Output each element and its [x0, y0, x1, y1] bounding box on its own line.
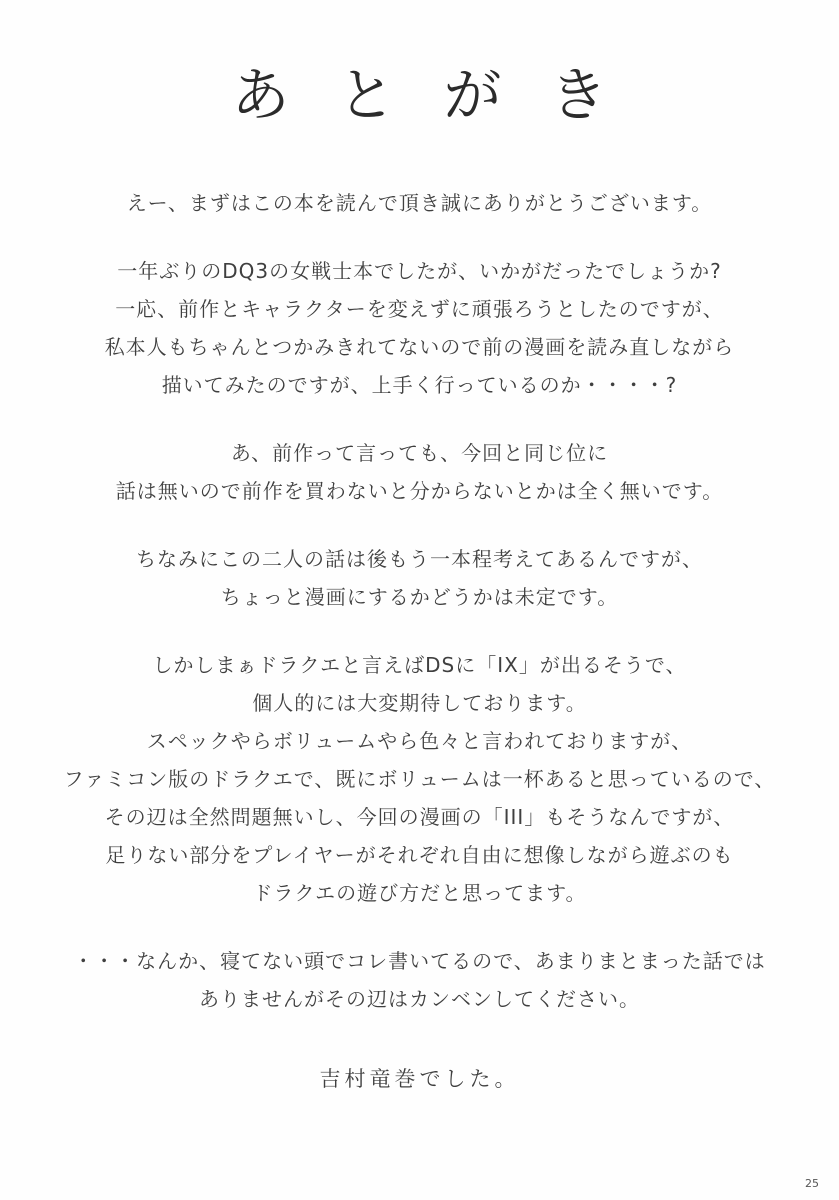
- text-line: ドラクエの遊び方だと思ってます。: [0, 874, 839, 912]
- paragraph-apology: ・・・なんか、寝てない頭でコレ書いてるので、あまりまとまった話では ありませんが…: [0, 942, 839, 1018]
- text-line: しかしまぁドラクエと言えばDSに「IX」が出るそうで、: [0, 646, 839, 684]
- page-title: あとがき: [0, 48, 839, 132]
- text-line: えー、まずはこの本を読んで頂き誠にありがとうございます。: [0, 184, 839, 222]
- paragraph-thanks: えー、まずはこの本を読んで頂き誠にありがとうございます。: [0, 184, 839, 222]
- text-line: 一応、前作とキャラクターを変えずに頑張ろうとしたのですが、: [0, 290, 839, 328]
- text-line: ・・・なんか、寝てない頭でコレ書いてるので、あまりまとまった話では: [0, 942, 839, 980]
- text-line: ファミコン版のドラクエで、既にボリュームは一杯あると思っているので、: [0, 760, 839, 798]
- paragraph-dq9-ds: しかしまぁドラクエと言えばDSに「IX」が出るそうで、 個人的には大変期待してお…: [0, 646, 839, 912]
- text-line: 話は無いので前作を買わないと分からないとかは全く無いです。: [0, 472, 839, 510]
- text-line: あ、前作って言っても、今回と同じ位に: [0, 434, 839, 472]
- text-line: 私本人もちゃんとつかみきれてないので前の漫画を読み直しながら: [0, 328, 839, 366]
- text-line: 個人的には大変期待しております。: [0, 684, 839, 722]
- afterword-page: あとがき えー、まずはこの本を読んで頂き誠にありがとうございます。 一年ぶりのD…: [0, 0, 839, 1200]
- text-line: 一年ぶりのDQ3の女戦士本でしたが、いかがだったでしょうか?: [0, 252, 839, 290]
- text-line: ありませんがその辺はカンベンしてください。: [0, 980, 839, 1018]
- text-line: ちょっと漫画にするかどうかは未定です。: [0, 578, 839, 616]
- text-line: 描いてみたのですが、上手く行っているのか・・・・?: [0, 366, 839, 404]
- afterword-text: えー、まずはこの本を読んで頂き誠にありがとうございます。 一年ぶりのDQ3の女戦…: [0, 184, 839, 1098]
- author-signature: 吉村竜巻でした。: [0, 1060, 839, 1098]
- text-line: 足りない部分をプレイヤーがそれぞれ自由に想像しながら遊ぶのも: [0, 836, 839, 874]
- text-line: ちなみにこの二人の話は後もう一本程考えてあるんですが、: [0, 540, 839, 578]
- page-number: 25: [805, 1177, 819, 1190]
- paragraph-next-story: ちなみにこの二人の話は後もう一本程考えてあるんですが、 ちょっと漫画にするかどう…: [0, 540, 839, 616]
- paragraph-dq3-book: 一年ぶりのDQ3の女戦士本でしたが、いかがだったでしょうか? 一応、前作とキャラ…: [0, 252, 839, 404]
- text-line: その辺は全然問題無いし、今回の漫画の「III」もそうなんですが、: [0, 798, 839, 836]
- paragraph-previous-work: あ、前作って言っても、今回と同じ位に 話は無いので前作を買わないと分からないとか…: [0, 434, 839, 510]
- text-line: スペックやらボリュームやら色々と言われておりますが、: [0, 722, 839, 760]
